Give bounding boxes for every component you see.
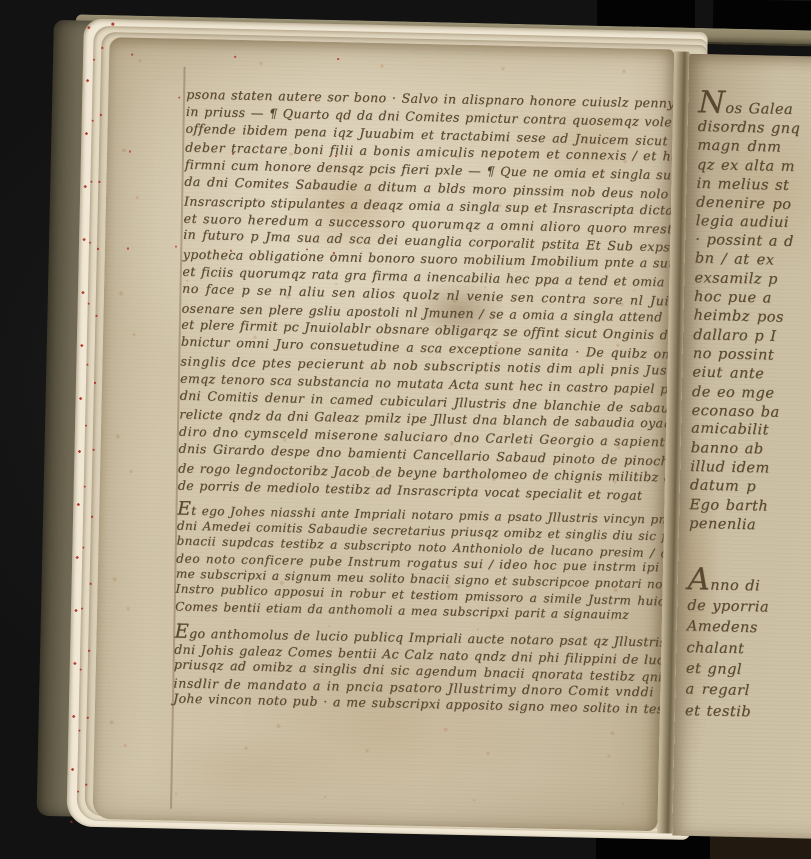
manuscript-line: qz ex alta m: [697, 156, 811, 178]
paragraph-anno-domini: Anno dide yporriaAmedenschalantet gngla …: [685, 569, 811, 726]
manuscript-line: de eo mge: [692, 383, 811, 405]
manuscript-photo-stage: psona staten autere sor bono · Salvo in …: [0, 0, 811, 859]
manuscript-line: Nos Galea: [698, 94, 811, 121]
manuscript-line: exsamilz p: [694, 269, 811, 291]
manuscript-line: et testib: [685, 701, 811, 725]
manuscript-line: Anno di: [688, 569, 811, 599]
paragraph-main: psona staten autere sor bono · Salvo in …: [178, 85, 669, 505]
manuscript-line: Ego barth: [689, 496, 811, 518]
manuscript-line: penenlia: [689, 515, 811, 538]
left-page-text-block: psona staten autere sor bono · Salvo in …: [173, 85, 668, 718]
right-page-text-block: Nos Galeadisordns gnqmagn dnmqz ex alta …: [685, 94, 811, 726]
manuscript-line: dallaro p I: [693, 326, 811, 348]
left-page: psona staten autere sor bono · Salvo in …: [92, 37, 674, 831]
paragraph-nos-galeaz: Nos Galeadisordns gnqmagn dnmqz ex alta …: [689, 94, 811, 538]
open-codex: psona staten autere sor bono · Salvo in …: [43, 16, 811, 832]
paragraph-notary-subscription-1: Et ego Johes niasshi ante Impriali notar…: [175, 501, 659, 624]
paragraph-notary-subscription-2: Ego anthomolus de lucio publicq Impriali…: [173, 623, 657, 718]
manuscript-line: chalant: [686, 638, 811, 662]
right-page-fragment: Nos Galeadisordns gnqmagn dnmqz ex alta …: [672, 54, 811, 840]
